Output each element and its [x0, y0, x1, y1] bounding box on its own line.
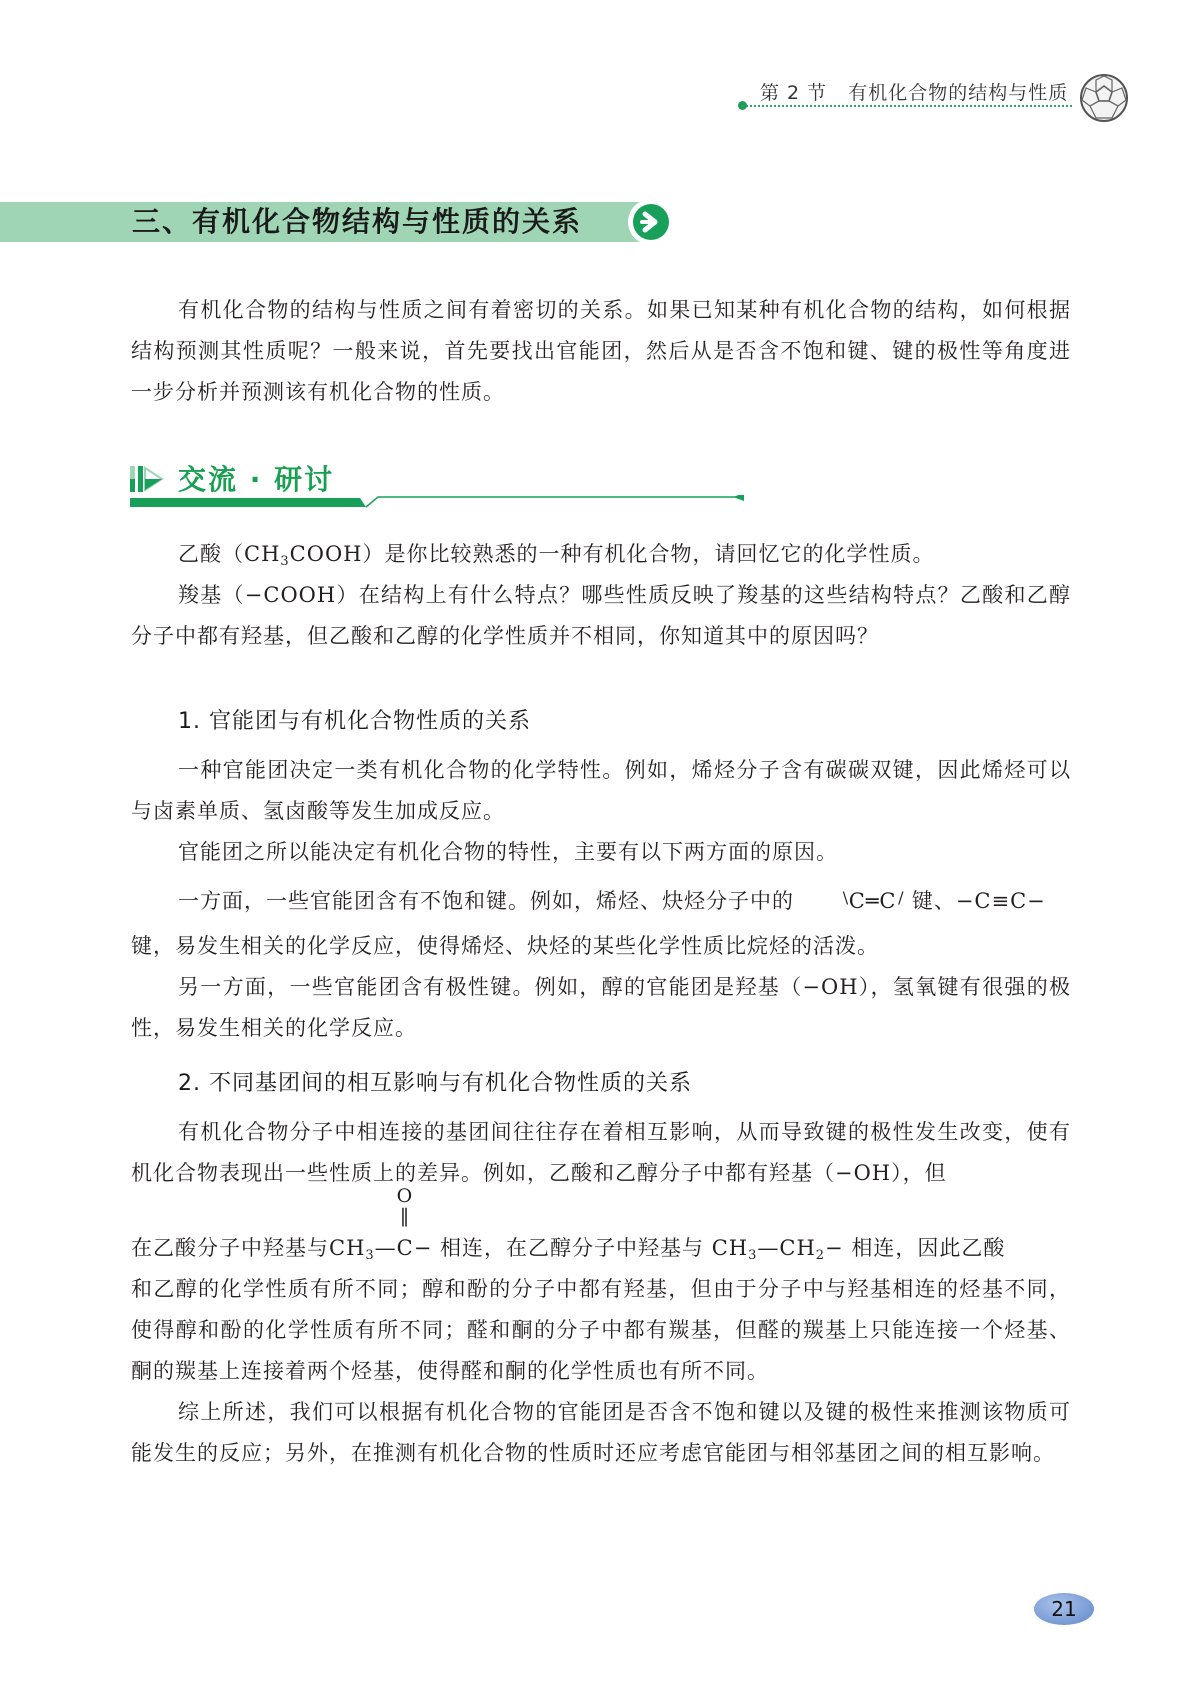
sub1-paragraph-3-cont: 键，易发生相关的化学反应，使得烯烃、炔烃的某些化学性质比烷烃的活泼。	[131, 926, 1071, 967]
chapter-section-label: 第 2 节 有机化合物的结构与性质	[760, 78, 1068, 105]
discussion-paragraph-1: 乙酸（CH3COOH）是你比较熟悉的一种有机化合物，请回忆它的化学性质。	[131, 534, 1071, 575]
sub2-paragraph-3: 和乙醇的化学性质有所不同；醇和酚的分子中都有羟基，但由于分子中与羟基相连的烃基不…	[131, 1269, 1071, 1392]
sub2-paragraph-1: 有机化合物分子中相连接的基团间往往存在着相互影响，从而导致键的极性发生改变，使有…	[131, 1112, 1071, 1194]
header-dotted-rule	[742, 105, 1072, 107]
discussion-title: 交流 · 研讨	[178, 458, 334, 498]
discussion-text: 乙酸（CH3COOH）是你比较熟悉的一种有机化合物，请回忆它的化学性质。 羧基（…	[131, 534, 1071, 657]
sub1-paragraph-3: 一方面，一些官能团含有不饱和键。例如，烯烃、炔烃分子中的 \C═C/ 键、−C≡…	[131, 881, 1071, 922]
buckyball-icon	[1078, 72, 1130, 124]
sub2-paragraph-2: 在乙酸分子中羟基与CH3O‖—C− 相连，在乙醇分子中羟基与 CH3—CH2− …	[131, 1228, 1071, 1269]
discussion-rule	[130, 495, 747, 511]
subheading-1: 1. 官能团与有机化合物性质的关系	[178, 704, 531, 735]
sub1-paragraph-1: 一种官能团决定一类有机化合物的化学特性。例如，烯烃分子含有碳碳双键，因此烯烃可以…	[131, 750, 1071, 832]
discussion-paragraph-2: 羧基（−COOH）在结构上有什么特点？哪些性质反映了羧基的这些结构特点？乙酸和乙…	[131, 575, 1071, 657]
section-title: 三、有机化合物结构与性质的关系	[132, 203, 582, 241]
play-marker-icon	[130, 464, 164, 494]
arrow-right-circle-icon	[628, 199, 674, 245]
sub1-paragraph-2: 官能团之所以能决定有机化合物的特性，主要有以下两方面的原因。	[131, 832, 1071, 873]
intro-paragraph: 有机化合物的结构与性质之间有着密切的关系。如果已知某种有机化合物的结构，如何根据…	[131, 290, 1071, 413]
sub1-paragraph-4: 另一方面，一些官能团含有极性键。例如，醇的官能团是羟基（−OH），氢氧键有很强的…	[131, 967, 1071, 1049]
subsection-2-text: 有机化合物分子中相连接的基团间往往存在着相互影响，从而导致键的极性发生改变，使有…	[131, 1112, 1071, 1474]
subsection-1-text: 一种官能团决定一类有机化合物的化学特性。例如，烯烃分子含有碳碳双键，因此烯烃可以…	[131, 750, 1071, 1049]
sub2-paragraph-4: 综上所述，我们可以根据有机化合物的官能团是否含不饱和键以及键的极性来推测该物质可…	[131, 1392, 1071, 1474]
page-number-badge: 21	[1034, 1593, 1094, 1625]
carbonyl-oxygen: O‖	[397, 1186, 414, 1226]
subheading-2: 2. 不同基团间的相互影响与有机化合物性质的关系	[178, 1066, 692, 1097]
